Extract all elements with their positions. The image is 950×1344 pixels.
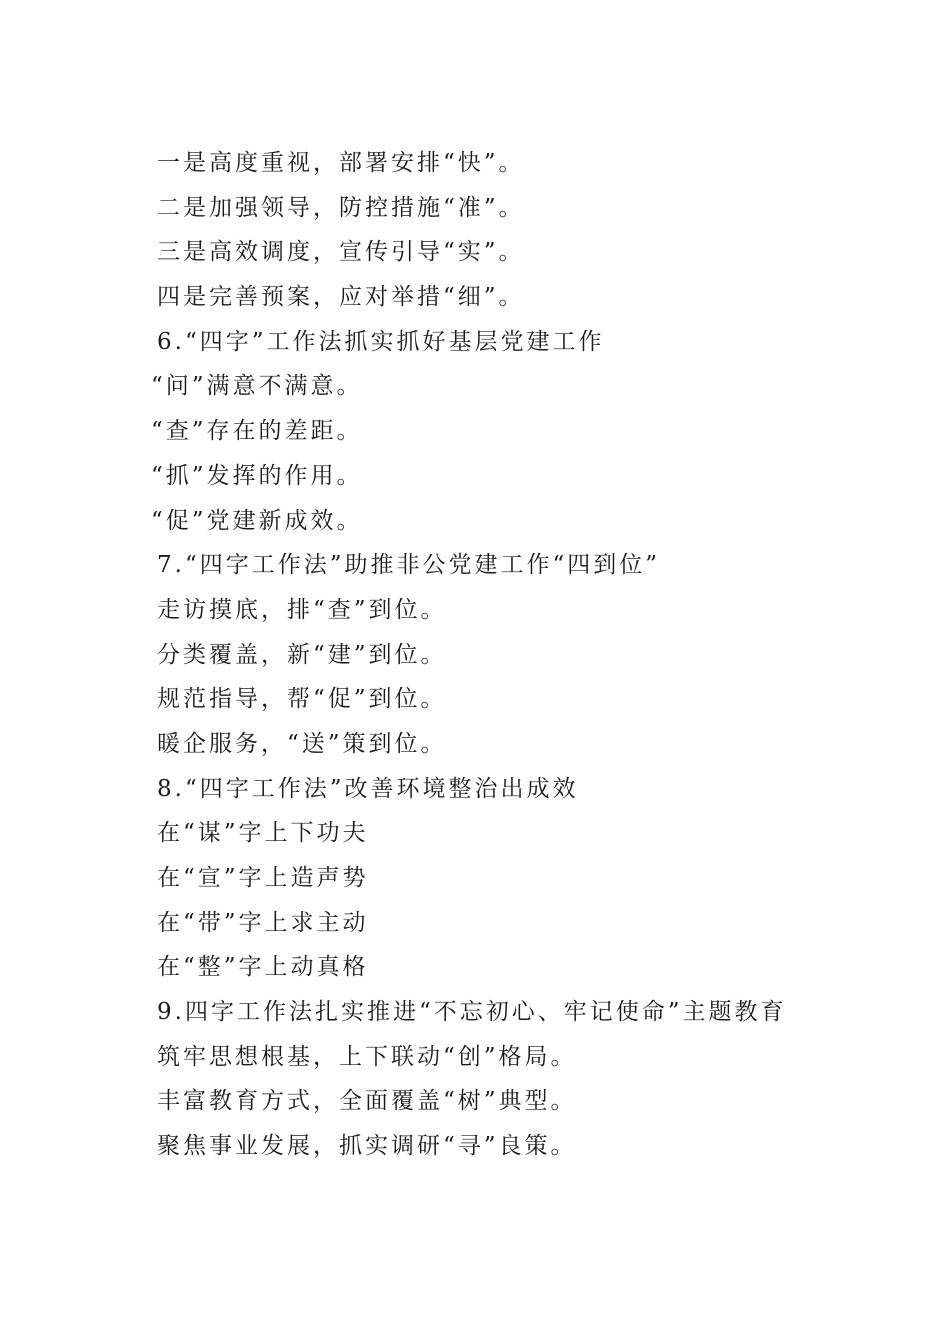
document-body: 一是高度重视，部署安排“快”。 二是加强领导，防控措施“准”。 三是高效调度，宣… — [157, 141, 817, 1169]
list-item: “查”存在的差距。 — [151, 409, 817, 454]
list-item: 在“谋”字上下功夫 — [157, 811, 817, 856]
list-item: 规范指导，帮“促”到位。 — [157, 677, 817, 722]
list-item: 在“宣”字上造声势 — [157, 856, 817, 901]
document-page: 一是高度重视，部署安排“快”。 二是加强领导，防控措施“准”。 三是高效调度，宣… — [0, 0, 950, 1344]
section-heading-6: 6.“四字”工作法抓实抓好基层党建工作 — [157, 320, 817, 365]
list-item: 一是高度重视，部署安排“快”。 — [157, 141, 817, 186]
list-item: 丰富教育方式，全面覆盖“树”典型。 — [157, 1079, 817, 1124]
section-heading-9: 9.四字工作法扎实推进“不忘初心、牢记使命”主题教育 — [157, 990, 817, 1035]
list-item: 筑牢思想根基，上下联动“创”格局。 — [157, 1035, 817, 1080]
list-item: “问”满意不满意。 — [151, 364, 817, 409]
list-item: 四是完善预案，应对举措“细”。 — [157, 275, 817, 320]
list-item: “抓”发挥的作用。 — [151, 454, 817, 499]
section-heading-8: 8.“四字工作法”改善环境整治出成效 — [157, 767, 817, 812]
list-item: 聚焦事业发展，抓实调研“寻”良策。 — [157, 1124, 817, 1169]
section-heading-7: 7.“四字工作法”助推非公党建工作“四到位” — [157, 543, 817, 588]
list-item: 二是加强领导，防控措施“准”。 — [157, 186, 817, 231]
list-item: 在“带”字上求主动 — [157, 901, 817, 946]
list-item: 暖企服务，“送”策到位。 — [157, 722, 817, 767]
list-item: 三是高效调度，宣传引导“实”。 — [157, 230, 817, 275]
list-item: 在“整”字上动真格 — [157, 945, 817, 990]
list-item: 分类覆盖，新“建”到位。 — [157, 633, 817, 678]
list-item: 走访摸底，排“查”到位。 — [157, 588, 817, 633]
list-item: “促”党建新成效。 — [151, 499, 817, 544]
